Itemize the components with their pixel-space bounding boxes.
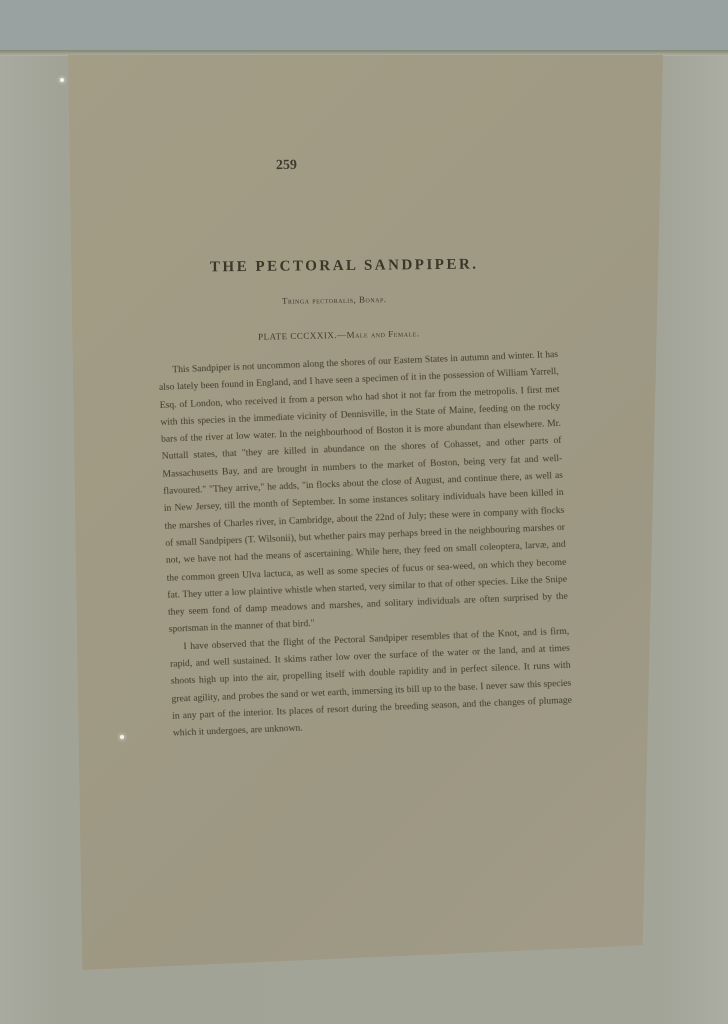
paragraph: I have observed that the flight of the P… — [169, 622, 573, 742]
wall-background — [0, 0, 728, 52]
light-glare — [120, 735, 124, 739]
scientific-name-text: Tringa pectoralis, Bonap. — [282, 294, 387, 306]
page-title: THE PECTORAL SANDPIPER. — [210, 257, 479, 277]
scientific-name: Tringa pectoralis, Bonap. — [282, 294, 387, 306]
paragraph: This Sandpiper is not uncommon along the… — [158, 346, 569, 639]
light-glare — [60, 78, 64, 82]
page-number: 259 — [276, 158, 297, 174]
body-text: This Sandpiper is not uncommon along the… — [158, 346, 573, 742]
